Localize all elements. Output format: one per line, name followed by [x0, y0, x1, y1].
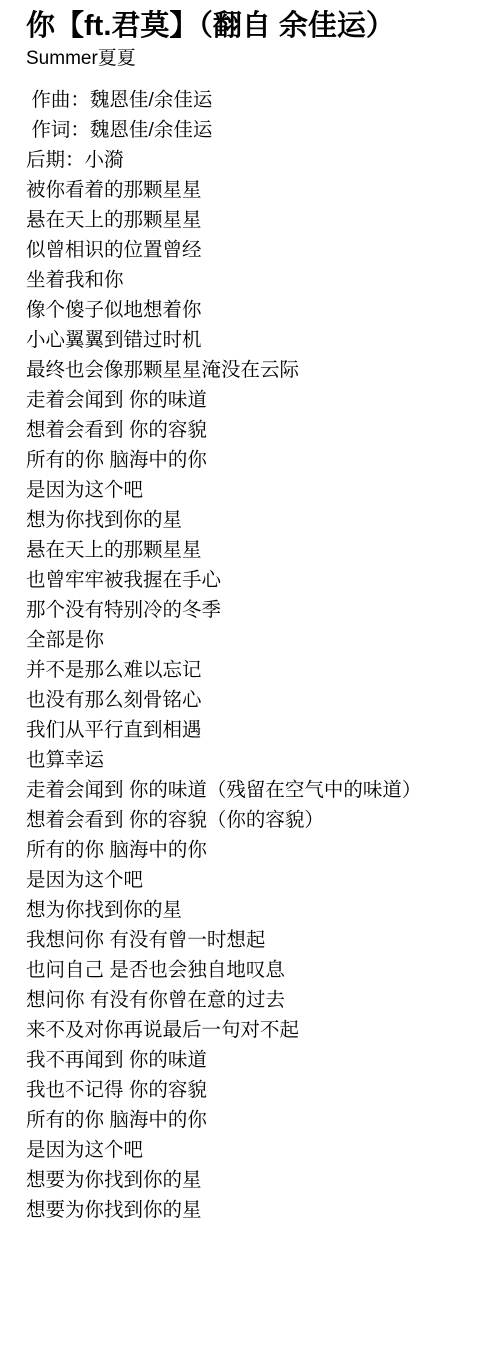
lyric-line: 所有的你 脑海中的你 — [26, 835, 482, 865]
lyric-line: 坐着我和你 — [26, 265, 482, 295]
lyric-line: 走着会闻到 你的味道（残留在空气中的味道） — [26, 775, 482, 805]
lyric-line: 走着会闻到 你的味道 — [26, 385, 482, 415]
lyric-line: 最终也会像那颗星星淹没在云际 — [26, 355, 482, 385]
lyric-line: 并不是那么难以忘记 — [26, 655, 482, 685]
lyric-line: 所有的你 脑海中的你 — [26, 445, 482, 475]
lyric-line: 也没有那么刻骨铭心 — [26, 685, 482, 715]
credit-line: 作词：魏恩佳/余佳运 — [26, 115, 482, 145]
lyrics-page: 你【ft.君莫】（翻自 余佳运） Summer夏夏 作曲：魏恩佳/余佳运 作词：… — [26, 6, 482, 1225]
lyric-line: 我想问你 有没有曾一时想起 — [26, 925, 482, 955]
artist-name: Summer夏夏 — [26, 46, 482, 72]
lyric-line: 想要为你找到你的星 — [26, 1195, 482, 1225]
lyric-line: 是因为这个吧 — [26, 475, 482, 505]
lyric-line: 我不再闻到 你的味道 — [26, 1045, 482, 1075]
lyric-line: 是因为这个吧 — [26, 865, 482, 895]
lyric-line: 是因为这个吧 — [26, 1135, 482, 1165]
lyric-line: 也曾牢牢被我握在手心 — [26, 565, 482, 595]
lyric-line: 被你看着的那颗星星 — [26, 175, 482, 205]
lyric-line: 想要为你找到你的星 — [26, 1165, 482, 1195]
lyric-line: 那个没有特别冷的冬季 — [26, 595, 482, 625]
page-title: 你【ft.君莫】（翻自 余佳运） — [26, 6, 482, 46]
lyric-line: 我们从平行直到相遇 — [26, 715, 482, 745]
lyric-line: 来不及对你再说最后一句对不起 — [26, 1015, 482, 1045]
lyric-line: 想着会看到 你的容貌（你的容貌） — [26, 805, 482, 835]
lyric-line: 像个傻子似地想着你 — [26, 295, 482, 325]
lyric-line: 小心翼翼到错过时机 — [26, 325, 482, 355]
lyric-line: 全部是你 — [26, 625, 482, 655]
lyric-line: 悬在天上的那颗星星 — [26, 535, 482, 565]
lyric-line: 所有的你 脑海中的你 — [26, 1105, 482, 1135]
lyric-line: 也问自己 是否也会独自地叹息 — [26, 955, 482, 985]
lyric-line: 也算幸运 — [26, 745, 482, 775]
lyric-line: 想问你 有没有你曾在意的过去 — [26, 985, 482, 1015]
lyric-line: 悬在天上的那颗星星 — [26, 205, 482, 235]
lyric-line: 想为你找到你的星 — [26, 505, 482, 535]
credit-line: 作曲：魏恩佳/余佳运 — [26, 85, 482, 115]
lyrics-list: 被你看着的那颗星星悬在天上的那颗星星似曾相识的位置曾经坐着我和你像个傻子似地想着… — [26, 175, 482, 1225]
credit-line: 后期：小漪 — [26, 145, 482, 175]
lyric-line: 似曾相识的位置曾经 — [26, 235, 482, 265]
lyric-line: 想为你找到你的星 — [26, 895, 482, 925]
credits-list: 作曲：魏恩佳/余佳运 作词：魏恩佳/余佳运后期：小漪 — [26, 85, 482, 175]
lyric-line: 我也不记得 你的容貌 — [26, 1075, 482, 1105]
lyric-line: 想着会看到 你的容貌 — [26, 415, 482, 445]
